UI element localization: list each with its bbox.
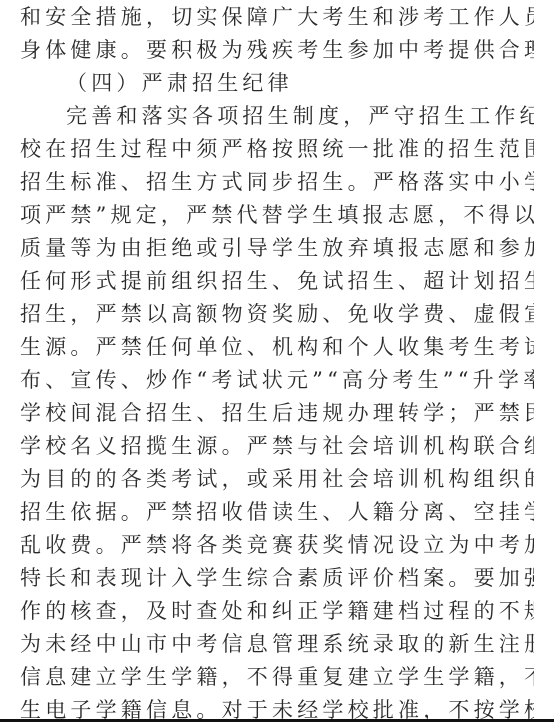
paragraph-line: 作的核查，及时查处和纠正学籍建档过程的不规范行为；不得 [20,594,534,629]
paragraph-line: 乱收费。严禁将各类竞赛获奖情况设立为中考加分项目，相关 [20,528,534,563]
document-page: 和安全措施，切实保障广大考生和涉考工作人员的生命安全和 身体健康。要积极为残疾考… [0,0,554,723]
section-heading: （四）严肃招生纪律 [66,66,554,101]
paragraph-line: 学校间混合招生、招生后违规办理转学；严禁民办学校以公办 [20,396,534,431]
paragraph-line: 信息建立学生学籍，不得重复建立学生学籍，不得擅自删除学 [20,660,534,695]
paragraph-line: 为目的的各类考试，或采用社会培训机构组织的考试结果作为 [20,462,534,497]
paragraph-line: 身体健康。要积极为残疾考生参加中考提供合理性便利。 [20,33,534,68]
paragraph-line: 质量等为由拒绝或引导学生放弃填报志愿和参加中考。严禁以 [20,231,534,266]
paragraph-line: 学校名义招揽生源。严禁与社会培训机构联合组织以选拔生源 [20,429,534,464]
paragraph-line: 招生依据。严禁招收借读生、人籍分离、空挂学籍。严禁招生 [20,495,534,530]
paragraph-line: 招生，严禁以高额物资奖励、免收学费、虚假宣传等方式争抢 [20,297,534,332]
paragraph-line: 特长和表现计入学生综合素质评价档案。要加强对学校学籍工 [20,561,534,596]
paragraph-line: 完善和落实各项招生制度，严守招生工作纪律。各高中学 [66,99,534,134]
paragraph-line: 校在招生过程中须严格按照统一批准的招生范围、招生计划、 [20,132,534,167]
paragraph-line: 招生标准、招生方式同步招生。严格落实中小学招生入学“十 [20,165,534,200]
bottom-divider [0,719,554,722]
paragraph-line: 任何形式提前组织招生、免试招生、超计划招生、违规跨区域 [20,264,534,299]
paragraph-line: 为未经中山市中考信息管理系统录取的新生注册，不得以虚假 [20,627,534,662]
paragraph-line: 项严禁”规定，严禁代替学生填报志愿，不得以任何影响升学 [20,198,534,233]
paragraph-line: 布、宣传、炒作“考试状元”“高分考生”“升学率”等。严禁 [20,363,534,398]
paragraph-line: 和安全措施，切实保障广大考生和涉考工作人员的生命安全和 [20,0,534,35]
paragraph-line: 生源。严禁任何单位、机构和个人收集考生考试成绩，不得公 [20,330,534,365]
